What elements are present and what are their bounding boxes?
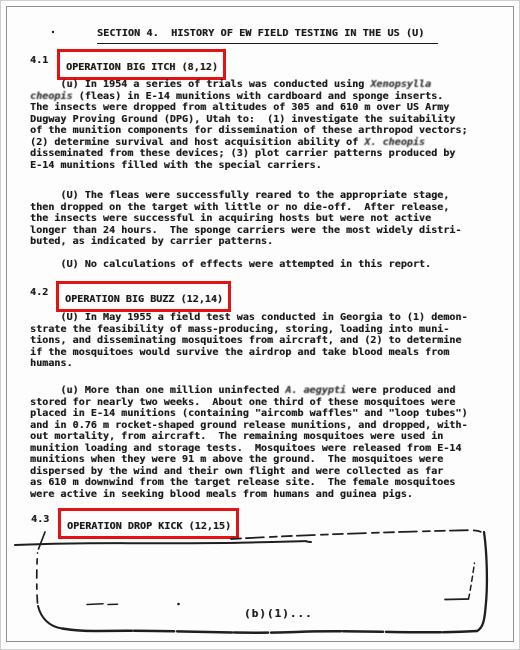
redaction-inner-tick-vertical	[469, 563, 475, 599]
paragraph: (U) The fleas were successfully reared t…	[30, 190, 461, 248]
foia-exemption-label: (b)(1)...	[244, 607, 313, 620]
redaction-top-line	[15, 541, 311, 545]
section-title: SECTION 4. HISTORY OF EW FIELD TESTING I…	[97, 28, 438, 44]
heading-highlight-box: OPERATION BIG ITCH (8,12)	[57, 49, 226, 80]
section-number-4-3: 4.3	[31, 514, 49, 526]
scanned-document-page: SECTION 4. HISTORY OF EW FIELD TESTING I…	[0, 0, 520, 650]
redaction-inner-dot	[177, 603, 180, 606]
section-heading-4-2: OPERATION BIG BUZZ (12,14)	[65, 294, 223, 305]
section-number-4-2: 4.2	[30, 287, 48, 299]
paragraph: (U) No calculations of effects were atte…	[30, 259, 431, 271]
redaction-bottom-left-corner	[38, 606, 62, 629]
heading-highlight-box: OPERATION BIG BUZZ (12,14)	[56, 281, 231, 312]
redaction-left-dashed-edge	[37, 553, 38, 603]
section-heading-4-1: OPERATION BIG ITCH (8,12)	[66, 62, 218, 73]
redaction-inner-dashes	[87, 604, 118, 605]
paragraph: (U) In May 1955 a field test was conduct…	[30, 312, 468, 370]
paragraph: (u) In 1954 a series of trials was condu…	[30, 79, 468, 171]
scan-speck	[52, 31, 54, 33]
redaction-slash-mark	[39, 532, 46, 549]
redaction-bottom-edge	[62, 629, 477, 633]
redaction-top-dashed-line	[231, 530, 484, 539]
paragraph: (u) More than one million uninfected A. …	[30, 385, 468, 500]
redaction-inner-tick-horizontal	[445, 599, 469, 600]
heading-highlight-box: OPERATION DROP KICK (12,15)	[58, 508, 239, 539]
section-heading-4-3: OPERATION DROP KICK (12,15)	[67, 521, 231, 532]
section-number-4-1: 4.1	[30, 55, 48, 67]
redaction-right-edge	[477, 532, 487, 631]
